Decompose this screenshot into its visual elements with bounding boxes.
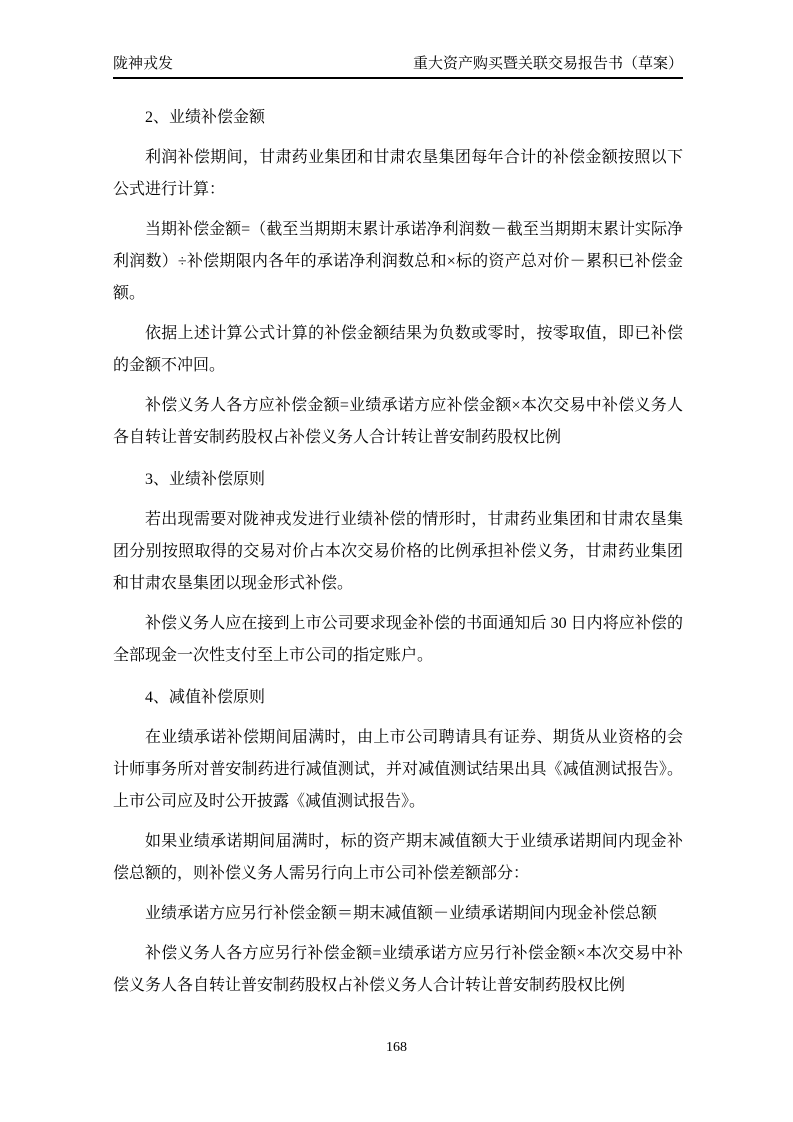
paragraph: 在业绩承诺补偿期间届满时，由上市公司聘请具有证券、期货从业资格的会计师事务所对普… bbox=[113, 722, 683, 818]
page-footer: 168 bbox=[0, 1038, 793, 1058]
paragraph: 利润补偿期间，甘肃药业集团和甘肃农垦集团每年合计的补偿金额按照以下公式进行计算： bbox=[113, 142, 683, 206]
paragraph: 若出现需要对陇神戎发进行业绩补偿的情形时，甘肃药业集团和甘肃农垦集团分别按照取得… bbox=[113, 504, 683, 600]
section-heading: 4、减值补偿原则 bbox=[113, 682, 683, 714]
page-header: 陇神戎发 重大资产购买暨关联交易报告书（草案） bbox=[113, 54, 683, 79]
paragraph: 补偿义务人各方应另行补偿金额=业绩承诺方应另行补偿金额×本次交易中补偿义务人各自… bbox=[113, 938, 683, 1002]
report-page: 陇神戎发 重大资产购买暨关联交易报告书（草案） 2、业绩补偿金额利润补偿期间，甘… bbox=[0, 0, 793, 1122]
paragraph: 补偿义务人应在接到上市公司要求现金补偿的书面通知后 30 日内将应补偿的全部现金… bbox=[113, 608, 683, 672]
paragraph: 补偿义务人各方应补偿金额=业绩承诺方应补偿金额×本次交易中补偿义务人各自转让普安… bbox=[113, 390, 683, 454]
page-number: 168 bbox=[386, 1040, 407, 1055]
section-heading: 3、业绩补偿原则 bbox=[113, 464, 683, 496]
paragraph: 业绩承诺方应另行补偿金额＝期末减值额－业绩承诺期间内现金补偿总额 bbox=[113, 898, 683, 930]
paragraph: 当期补偿金额=（截至当期期末累计承诺净利润数－截至当期期末累计实际净利润数）÷补… bbox=[113, 214, 683, 310]
document-body: 2、业绩补偿金额利润补偿期间，甘肃药业集团和甘肃农垦集团每年合计的补偿金额按照以… bbox=[113, 92, 683, 1010]
paragraph: 依据上述计算公式计算的补偿金额结果为负数或零时，按零取值，即已补偿的金额不冲回。 bbox=[113, 318, 683, 382]
header-report-title: 重大资产购买暨关联交易报告书（草案） bbox=[413, 54, 683, 74]
section-heading: 2、业绩补偿金额 bbox=[113, 102, 683, 134]
header-company-name: 陇神戎发 bbox=[113, 54, 173, 74]
paragraph: 如果业绩承诺期间届满时，标的资产期末减值额大于业绩承诺期间内现金补偿总额的，则补… bbox=[113, 826, 683, 890]
